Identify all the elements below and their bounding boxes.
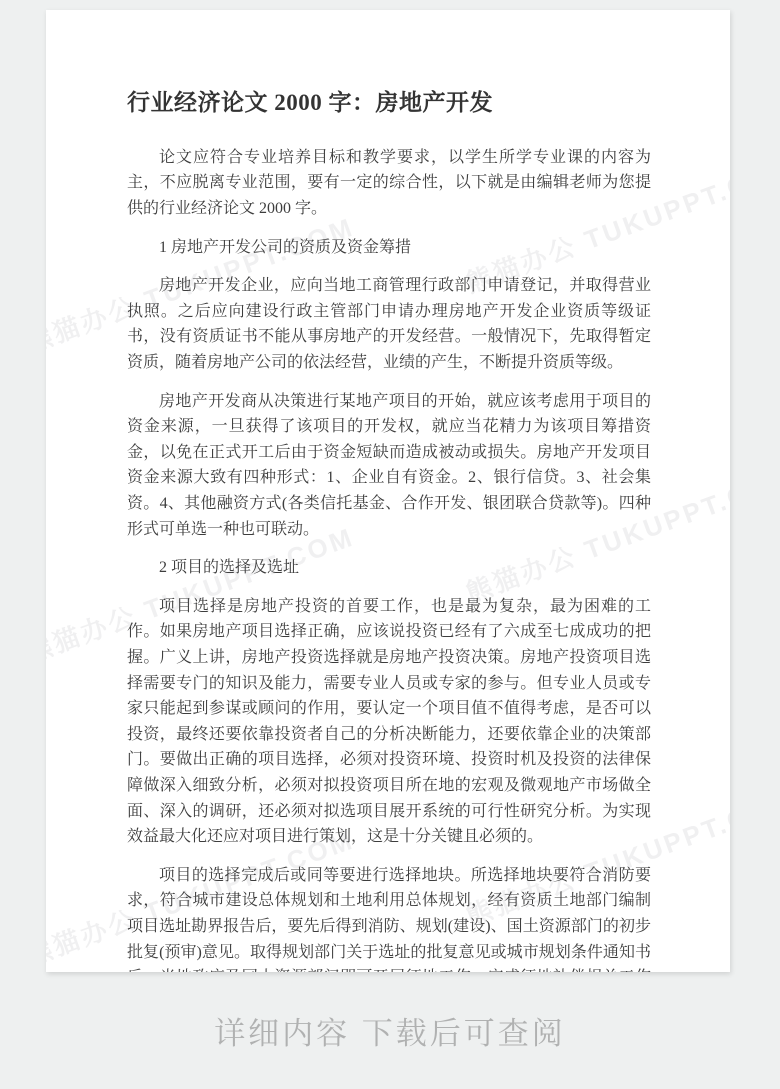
section-heading-2: 2 项目的选择及选址: [127, 555, 651, 581]
preview-background: 熊猫办公 TUKUPPT.COM 熊猫办公 TUKUPPT.COM 熊猫办公 T…: [0, 0, 780, 1089]
document-title: 行业经济论文 2000 字：房地产开发: [127, 88, 651, 118]
document-page: 熊猫办公 TUKUPPT.COM 熊猫办公 TUKUPPT.COM 熊猫办公 T…: [46, 10, 730, 972]
paragraph-funding: 房地产开发商从决策进行某地产项目的开始，就应该考虑用于项目的资金来源，一旦获得了…: [127, 389, 651, 543]
intro-paragraph: 论文应符合专业培养目标和教学要求，以学生所学专业课的内容为主，不应脱离专业范围，…: [127, 145, 651, 222]
paragraph-project-selection: 项目选择是房地产投资的首要工作，也是最为复杂，最为困难的工作。如果房地产项目选择…: [127, 594, 651, 850]
paragraph-site-selection: 项目的选择完成后或同等要进行选择地块。所选择地块要符合消防要求，符合城市建设总体…: [127, 863, 651, 972]
footer-note: 详细内容 下载后可查阅: [0, 972, 780, 1089]
section-heading-1: 1 房地产开发公司的资质及资金筹措: [127, 235, 651, 261]
paragraph-qualification: 房地产开发企业，应向当地工商管理行政部门申请登记，并取得营业执照。之后应向建设行…: [127, 273, 651, 375]
